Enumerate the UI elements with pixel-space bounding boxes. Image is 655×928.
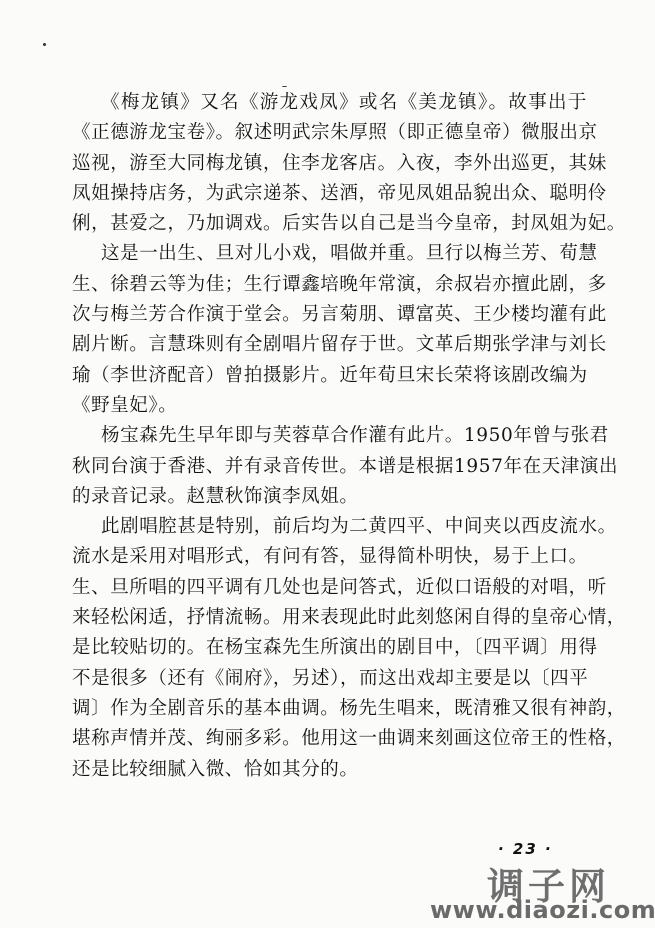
text-line: 生、徐碧云等为佳；生行谭鑫培晚年常演，余叔岩亦擅此剧，多 xyxy=(72,270,587,300)
scan-speck xyxy=(43,43,46,46)
scanned-page: 《梅龙镇》又名《游龙戏凤》或名《美龙镇》。故事出于 《正德游龙宝卷》。叙述明武宗… xyxy=(0,0,655,928)
text-line: 来轻松闲适，抒情流畅。用来表现此时此刻悠闲自得的皇帝心情， xyxy=(72,603,587,633)
text-line: 是比较贴切的。在杨宝森先生所演出的剧目中，〔四平调〕用得 xyxy=(72,633,587,663)
text-line: 堪称声情并茂、绚丽多彩。他用这一曲调来刻画这位帝王的性格， xyxy=(72,724,587,754)
body-text: 《梅龙镇》又名《游龙戏凤》或名《美龙镇》。故事出于 《正德游龙宝卷》。叙述明武宗… xyxy=(72,88,587,785)
text-line: 的录音记录。赵慧秋饰演李凤姐。 xyxy=(72,482,587,512)
paragraph-recording: 杨宝森先生早年即与芙蓉草合作灌有此片。1950年曾与张君 秋同台演于香港、并有录… xyxy=(72,421,587,512)
text-line: 生、旦所唱的四平调有几处也是问答式，近似口语般的对唱，听 xyxy=(72,573,587,603)
text-line: 《正德游龙宝卷》。叙述明武宗朱厚照（即正德皇帝）微服出京 xyxy=(72,118,587,148)
text-line: 巡视，游至大同梅龙镇，住李龙客店。入夜，李外出巡更，其妹 xyxy=(72,149,587,179)
text-line: 这是一出生、旦对儿小戏，唱做并重。旦行以梅兰芳、荀慧 xyxy=(72,239,587,269)
text-line: 次与梅兰芳合作演于堂会。另言菊朋、谭富英、王少楼均灌有此 xyxy=(72,300,587,330)
paragraph-performers: 这是一出生、旦对儿小戏，唱做并重。旦行以梅兰芳、荀慧 生、徐碧云等为佳；生行谭鑫… xyxy=(72,239,587,421)
scan-speck xyxy=(282,86,287,87)
text-line: 《梅龙镇》又名《游龙戏凤》或名《美龙镇》。故事出于 xyxy=(72,88,587,118)
text-line: 调〕作为全剧音乐的基本曲调。杨先生唱来，既清雅又很有神韵， xyxy=(72,694,587,724)
text-line: 此剧唱腔甚是特别，前后均为二黄四平、中间夹以西皮流水。 xyxy=(72,512,587,542)
text-line: 《野皇妃》。 xyxy=(72,391,587,421)
text-line: 不是很多（还有《闹府》，另述），而这出戏却主要是以〔四平 xyxy=(72,664,587,694)
text-line: 秋同台演于香港、并有录音传世。本谱是根据1957年在天津演出 xyxy=(72,452,587,482)
text-line: 瑜（李世济配音）曾拍摄影片。近年荀旦宋长荣将该剧改编为 xyxy=(72,361,587,391)
text-line: 凤姐操持店务，为武宗递茶、送酒，帝见凤姐品貌出众、聪明伶 xyxy=(72,179,587,209)
text-line: 还是比较细腻入微、恰如其分的。 xyxy=(72,755,587,785)
watermark-url: www.diaozi.com xyxy=(430,896,655,924)
text-line: 流水是采用对唱形式，有问有答，显得简朴明快，易于上口。 xyxy=(72,542,587,572)
text-line: 俐，甚爱之，乃加调戏。后实告以自己是当今皇帝，封凤姐为妃。 xyxy=(72,209,587,239)
paragraph-story-origin: 《梅龙镇》又名《游龙戏凤》或名《美龙镇》。故事出于 《正德游龙宝卷》。叙述明武宗… xyxy=(72,88,587,239)
paragraph-music-analysis: 此剧唱腔甚是特别，前后均为二黄四平、中间夹以西皮流水。 流水是采用对唱形式，有问… xyxy=(72,512,587,785)
text-line: 杨宝森先生早年即与芙蓉草合作灌有此片。1950年曾与张君 xyxy=(72,421,587,451)
text-line: 剧片断。言慧珠则有全剧唱片留存于世。文革后期张学津与刘长 xyxy=(72,330,587,360)
